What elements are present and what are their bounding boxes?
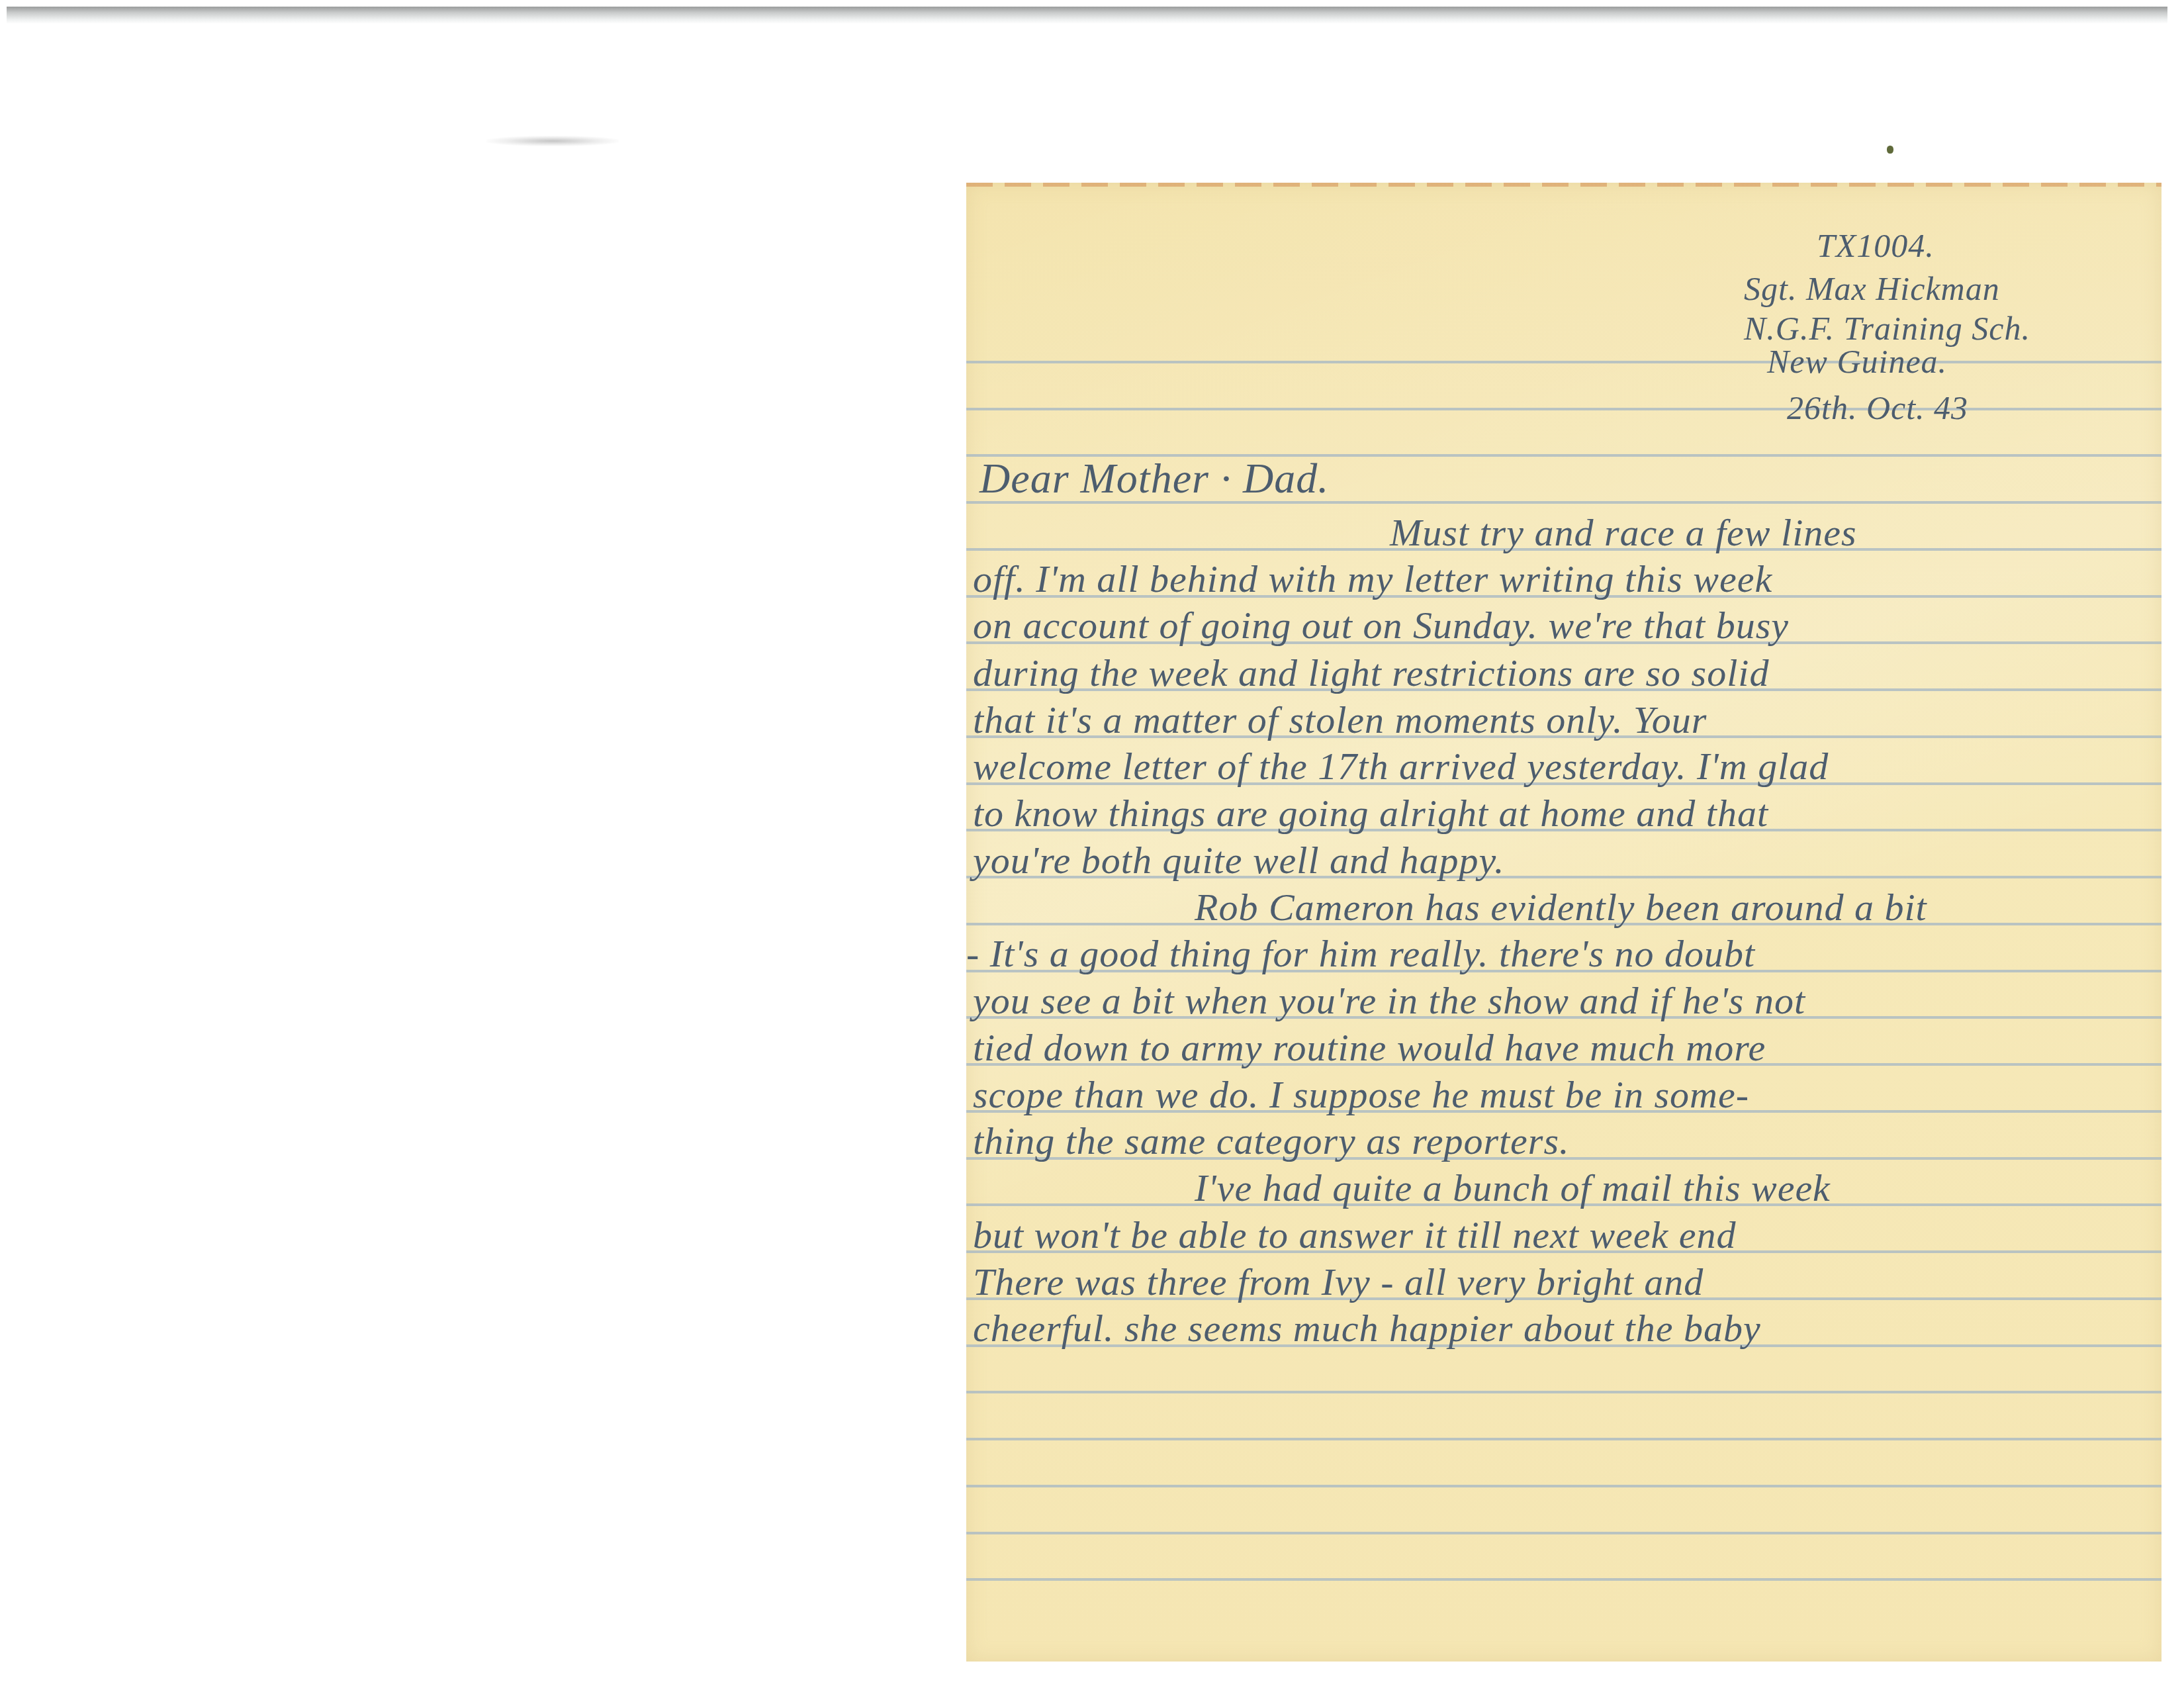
rule-line [966,1391,2161,1393]
body-line: cheerful. she seems much happier about t… [973,1309,1761,1348]
body-line: during the week and light restrictions a… [973,654,1769,692]
body-line: Rob Cameron has evidently been around a … [1195,888,1927,927]
letter-sheet: TX1004. Sgt. Max Hickman N.G.F. Training… [966,183,2161,1662]
body-line: scope than we do. I suppose he must be i… [973,1076,1749,1114]
body-line: I've had quite a bunch of mail this week [1195,1169,1831,1207]
rule-line [966,1578,2161,1581]
salutation: Dear Mother · Dad. [979,457,1329,500]
header-location: New Guinea. [1767,345,1947,378]
body-line: to know things are going alright at home… [973,794,1768,833]
body-line: off. I'm all behind with my letter writi… [973,560,1772,598]
body-line: you see a bit when you're in the show an… [973,982,1805,1020]
rule-line [966,1532,2161,1534]
scanner-edge-shadow [7,7,2167,24]
body-line: on account of going out on Sunday. we're… [973,606,1789,645]
body-line: thing the same category as reporters. [973,1122,1570,1160]
header-unit: N.G.F. Training Sch. [1744,312,2030,345]
rule-line [966,1485,2161,1487]
body-line: you're both quite well and happy. [973,841,1505,880]
body-line: tied down to army routine would have muc… [973,1029,1766,1067]
body-line: There was three from Ivy - all very brig… [973,1263,1704,1301]
header-service-number: TX1004. [1817,229,1934,262]
body-line: that it's a matter of stolen moments onl… [973,701,1707,739]
body-line: welcome letter of the 17th arrived yeste… [973,747,1829,786]
pencil-smudge [486,136,619,146]
body-line: - It's a good thing for him really. ther… [966,935,1755,973]
rule-line [966,408,2161,410]
header-sender: Sgt. Max Hickman [1744,272,2000,305]
header-date: 26th. Oct. 43 [1787,391,1968,424]
rule-line [966,1438,2161,1440]
rule-line [966,361,2161,363]
dirt-speck [1887,146,1893,154]
body-line: but won't be able to answer it till next… [973,1216,1737,1254]
body-line: Must try and race a few lines [1390,514,1857,552]
